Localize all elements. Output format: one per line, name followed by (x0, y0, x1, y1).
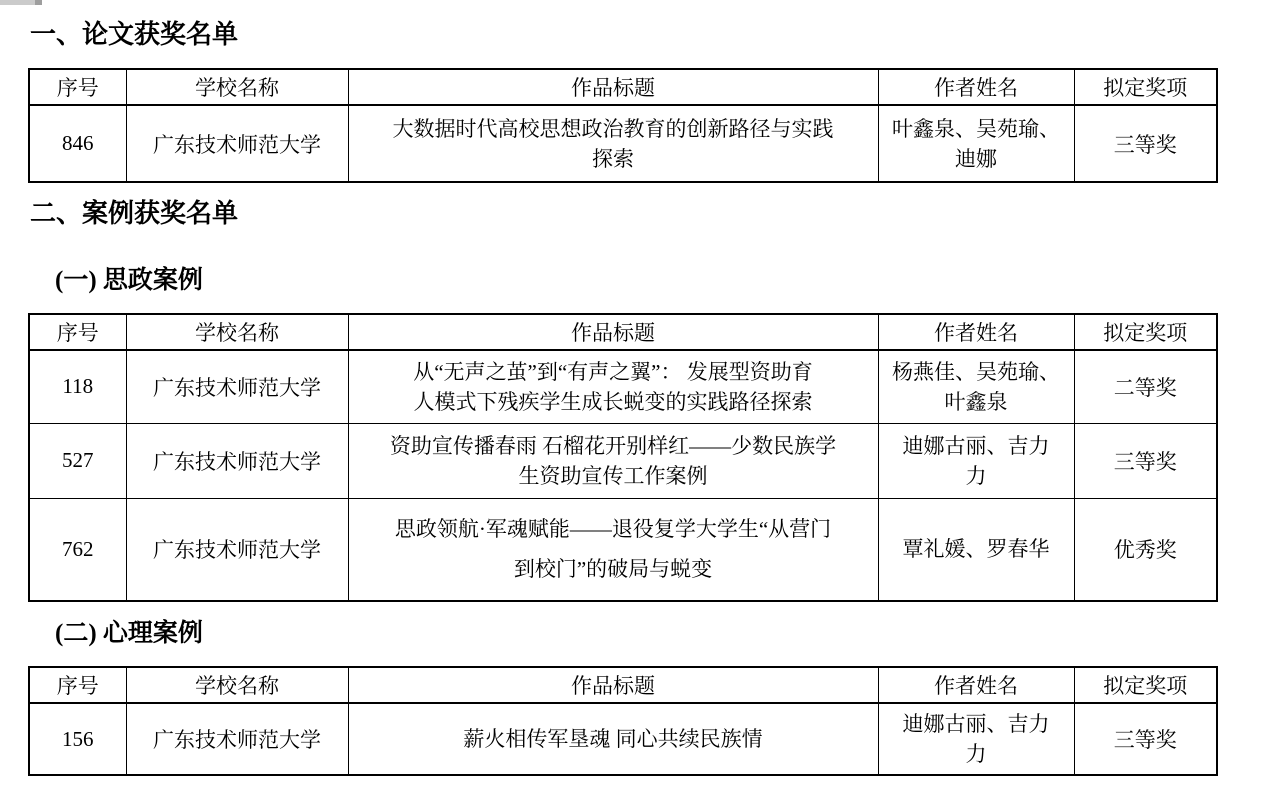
table-header-row: 序号 学校名称 作品标题 作者姓名 拟定奖项 (29, 314, 1217, 350)
cell-award: 三等奖 (1074, 423, 1217, 498)
column-header-authors: 作者姓名 (878, 314, 1074, 350)
cell-authors: 迪娜古丽、吉力 力 (878, 423, 1074, 498)
cell-no: 156 (29, 703, 126, 775)
column-header-award: 拟定奖项 (1074, 69, 1217, 105)
cell-school: 广东技术师范大学 (126, 498, 348, 601)
cell-no: 118 (29, 350, 126, 423)
table-header-row: 序号 学校名称 作品标题 作者姓名 拟定奖项 (29, 667, 1217, 703)
screen-edge-artifact-tip (35, 0, 42, 5)
cell-no: 527 (29, 423, 126, 498)
column-header-school: 学校名称 (126, 314, 348, 350)
cell-authors: 覃礼媛、罗春华 (878, 498, 1074, 601)
authors-line: 覃礼媛、罗春华 (883, 534, 1070, 564)
cell-award: 优秀奖 (1074, 498, 1217, 601)
title-line: 人模式下残疾学生成长蜕变的实践路径探索 (353, 387, 874, 417)
authors-line: 叶鑫泉 (883, 387, 1070, 417)
ideology-case-table: 序号 学校名称 作品标题 作者姓名 拟定奖项 118 广东技术师范大学 从“无声… (28, 313, 1218, 602)
cell-school: 广东技术师范大学 (126, 423, 348, 498)
title-line: 大数据时代高校思想政治教育的创新路径与实践 (353, 114, 874, 144)
table-row: 118 广东技术师范大学 从“无声之茧”到“有声之翼”： 发展型资助育 人模式下… (29, 350, 1217, 423)
cell-title: 大数据时代高校思想政治教育的创新路径与实践 探索 (348, 105, 878, 182)
cell-no: 846 (29, 105, 126, 182)
psychology-case-table: 序号 学校名称 作品标题 作者姓名 拟定奖项 156 广东技术师范大学 薪火相传… (28, 666, 1218, 776)
cell-award: 三等奖 (1074, 703, 1217, 775)
authors-line: 迪娜古丽、吉力 (883, 431, 1070, 461)
authors-line: 力 (883, 461, 1070, 491)
authors-line: 迪娜 (883, 144, 1070, 174)
column-header-no: 序号 (29, 314, 126, 350)
column-header-no: 序号 (29, 667, 126, 703)
cell-authors: 叶鑫泉、吴苑瑜、 迪娜 (878, 105, 1074, 182)
table-header-row: 序号 学校名称 作品标题 作者姓名 拟定奖项 (29, 69, 1217, 105)
cell-authors: 杨燕佳、吴苑瑜、 叶鑫泉 (878, 350, 1074, 423)
title-line: 探索 (353, 144, 874, 174)
column-header-title: 作品标题 (348, 314, 878, 350)
column-header-school: 学校名称 (126, 667, 348, 703)
authors-line: 力 (883, 739, 1070, 769)
column-header-award: 拟定奖项 (1074, 314, 1217, 350)
column-header-school: 学校名称 (126, 69, 348, 105)
column-header-title: 作品标题 (348, 667, 878, 703)
cell-school: 广东技术师范大学 (126, 350, 348, 423)
cell-no: 762 (29, 498, 126, 601)
subsection-heading-psychology-cases: (二) 心理案例 (55, 619, 1268, 649)
cell-award: 三等奖 (1074, 105, 1217, 182)
table-row: 527 广东技术师范大学 资助宣传播春雨 石榴花开别样红——少数民族学 生资助宣… (29, 423, 1217, 498)
subsection-heading-ideology-cases: (一) 思政案例 (55, 266, 1268, 296)
table-row: 156 广东技术师范大学 薪火相传军垦魂 同心共续民族情 迪娜古丽、吉力 力 三… (29, 703, 1217, 775)
table-row: 846 广东技术师范大学 大数据时代高校思想政治教育的创新路径与实践 探索 叶鑫… (29, 105, 1217, 182)
column-header-title: 作品标题 (348, 69, 878, 105)
title-line: 从“无声之茧”到“有声之翼”： 发展型资助育 (353, 357, 874, 387)
title-line: 生资助宣传工作案例 (353, 461, 874, 491)
screen-edge-artifact (0, 0, 42, 5)
title-line: 资助宣传播春雨 石榴花开别样红——少数民族学 (353, 431, 874, 461)
document-page: 一、论文获奖名单 序号 学校名称 作品标题 作者姓名 拟定奖项 846 广东技术… (0, 0, 1268, 807)
title-line: 薪火相传军垦魂 同心共续民族情 (353, 724, 874, 754)
section-heading-case-awards: 二、案例获奖名单 (30, 198, 1268, 230)
cell-title: 思政领航·军魂赋能——退役复学大学生“从营门 到校门”的破局与蜕变 (348, 498, 878, 601)
cell-title: 从“无声之茧”到“有声之翼”： 发展型资助育 人模式下残疾学生成长蜕变的实践路径… (348, 350, 878, 423)
authors-line: 杨燕佳、吴苑瑜、 (883, 357, 1070, 387)
cell-title: 薪火相传军垦魂 同心共续民族情 (348, 703, 878, 775)
cell-title: 资助宣传播春雨 石榴花开别样红——少数民族学 生资助宣传工作案例 (348, 423, 878, 498)
column-header-authors: 作者姓名 (878, 667, 1074, 703)
cell-authors: 迪娜古丽、吉力 力 (878, 703, 1074, 775)
cell-school: 广东技术师范大学 (126, 703, 348, 775)
cell-award: 二等奖 (1074, 350, 1217, 423)
authors-line: 迪娜古丽、吉力 (883, 709, 1070, 739)
paper-award-table: 序号 学校名称 作品标题 作者姓名 拟定奖项 846 广东技术师范大学 大数据时… (28, 68, 1218, 183)
column-header-no: 序号 (29, 69, 126, 105)
section-heading-paper-awards: 一、论文获奖名单 (30, 0, 1268, 51)
authors-line: 叶鑫泉、吴苑瑜、 (883, 114, 1070, 144)
table-row: 762 广东技术师范大学 思政领航·军魂赋能——退役复学大学生“从营门 到校门”… (29, 498, 1217, 601)
column-header-authors: 作者姓名 (878, 69, 1074, 105)
cell-school: 广东技术师范大学 (126, 105, 348, 182)
title-line: 到校门”的破局与蜕变 (353, 549, 874, 589)
title-line: 思政领航·军魂赋能——退役复学大学生“从营门 (353, 509, 874, 549)
column-header-award: 拟定奖项 (1074, 667, 1217, 703)
